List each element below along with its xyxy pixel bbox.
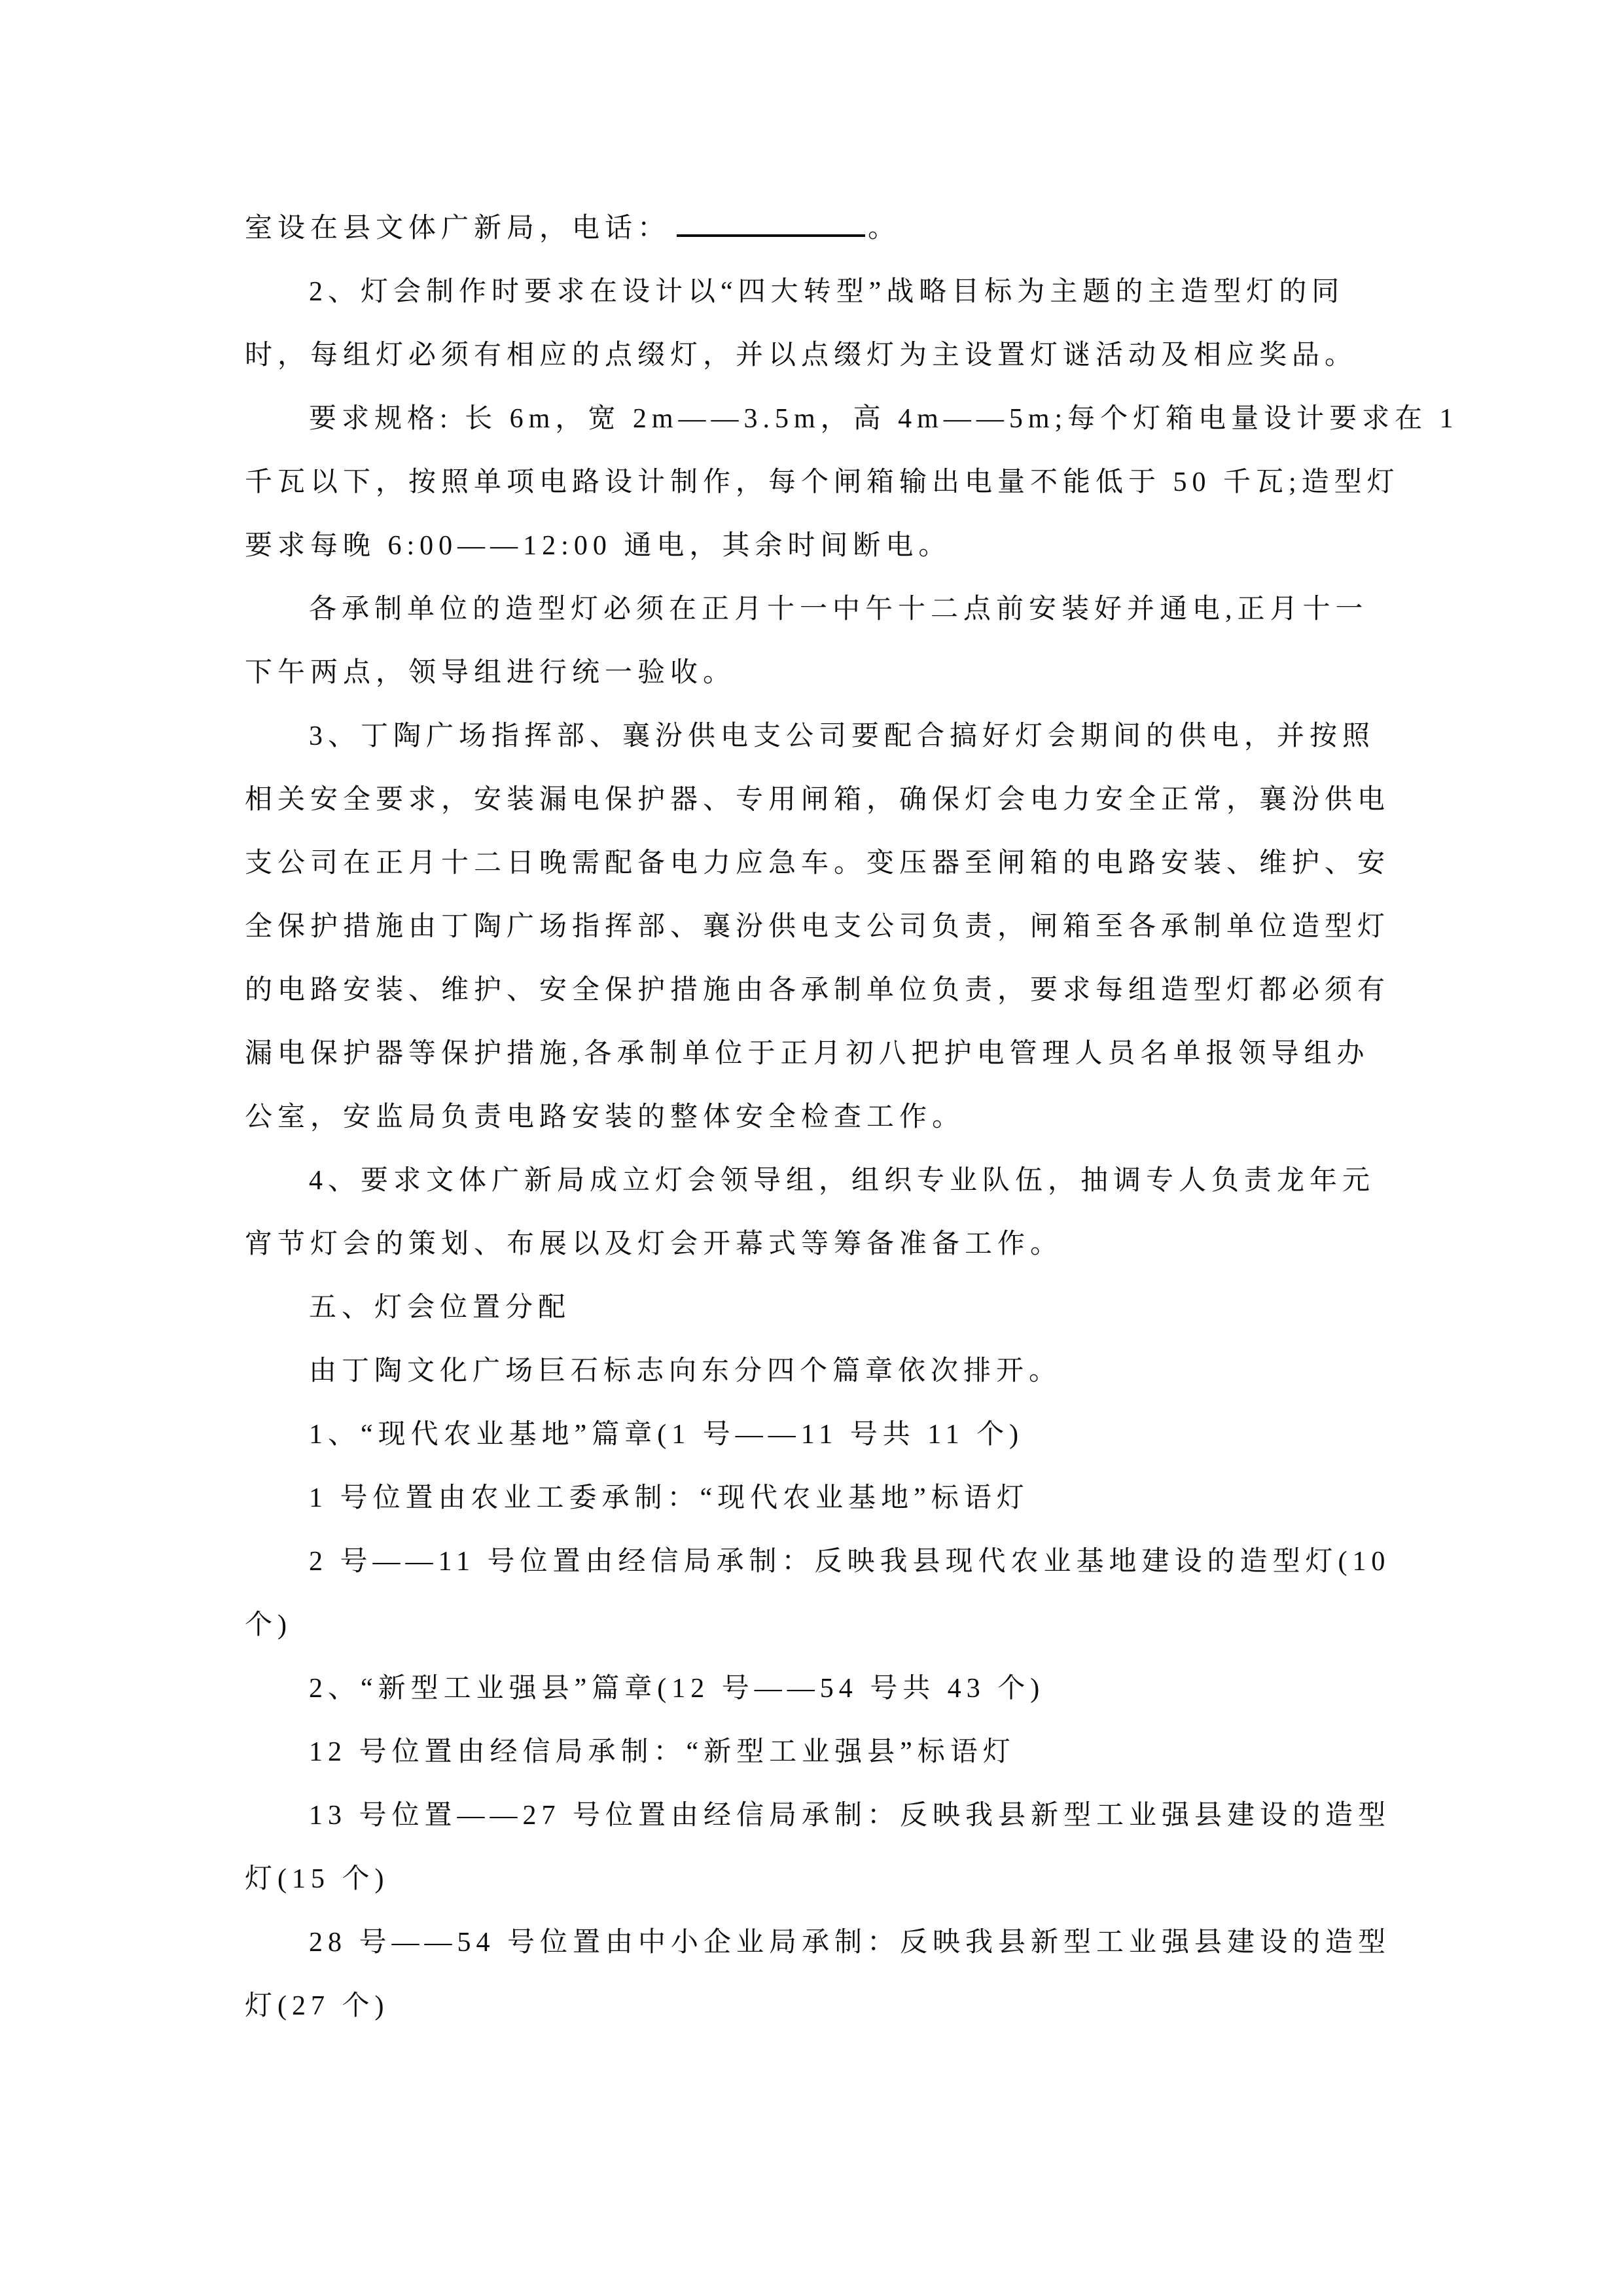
text-run: 五、灯会位置分配 bbox=[309, 1293, 571, 1323]
text-run: 灯(27 个) bbox=[245, 1991, 389, 2021]
text-line: 下午两点，领导组进行统一验收。 bbox=[245, 641, 1387, 705]
text-line: 要求每晚 6:00——12:00 通电，其余时间断电。 bbox=[245, 514, 1387, 578]
text-run: 13 号位置——27 号位置由经信局承制：反映我县新型工业强县建设的造型 bbox=[309, 1801, 1391, 1831]
text-line: 1、“现代农业基地”篇章(1 号——11 号共 11 个) bbox=[245, 1403, 1387, 1467]
text-line: 灯(15 个) bbox=[245, 1848, 1387, 1911]
text-line: 全保护措施由丁陶广场指挥部、襄汾供电支公司负责，闸箱至各承制单位造型灯 bbox=[245, 895, 1387, 959]
text-line: 的电路安装、维护、安全保护措施由各承制单位负责，要求每组造型灯都必须有 bbox=[245, 959, 1387, 1022]
text-line: 2、灯会制作时要求在设计以“四大转型”战略目标为主题的主造型灯的同 bbox=[245, 260, 1387, 324]
text-run: 12 号位置由经信局承制：“新型工业强县”标语灯 bbox=[309, 1737, 1016, 1767]
text-run: 公室，安监局负责电路安装的整体安全检查工作。 bbox=[245, 1102, 965, 1132]
phone-blank-field bbox=[677, 234, 865, 237]
text-run: 漏电保护器等保护措施,各承制单位于正月初八把护电管理人员名单报领导组办 bbox=[245, 1039, 1370, 1069]
text-line: 宵节灯会的策划、布展以及灯会开幕式等筹备准备工作。 bbox=[245, 1213, 1387, 1276]
text-line: 2、“新型工业强县”篇章(12 号——54 号共 43 个) bbox=[245, 1657, 1387, 1721]
text-run: 全保护措施由丁陶广场指挥部、襄汾供电支公司负责，闸箱至各承制单位造型灯 bbox=[245, 912, 1390, 942]
document-page: 室设在县文体广新局，电话：。2、灯会制作时要求在设计以“四大转型”战略目标为主题… bbox=[0, 0, 1623, 2296]
text-line: 28 号——54 号位置由中小企业局承制：反映我县新型工业强县建设的造型 bbox=[245, 1911, 1387, 1975]
document-body: 室设在县文体广新局，电话：。2、灯会制作时要求在设计以“四大转型”战略目标为主题… bbox=[0, 0, 1623, 2038]
text-run: 支公司在正月十二日晚需配备电力应急车。变压器至闸箱的电路安装、维护、安 bbox=[245, 848, 1390, 878]
text-line: 五、灯会位置分配 bbox=[245, 1276, 1387, 1340]
text-run: 要求每晚 6:00——12:00 通电，其余时间断电。 bbox=[245, 531, 951, 561]
text-run: 室设在县文体广新局，电话： bbox=[245, 213, 670, 243]
text-run: 千瓦以下，按照单项电路设计制作，每个闸箱输出电量不能低于 50 千瓦;造型灯 bbox=[245, 467, 1400, 497]
text-line: 公室，安监局负责电路安装的整体安全检查工作。 bbox=[245, 1086, 1387, 1149]
text-line: 1 号位置由农业工委承制：“现代农业基地”标语灯 bbox=[245, 1467, 1387, 1530]
text-line: 12 号位置由经信局承制：“新型工业强县”标语灯 bbox=[245, 1721, 1387, 1784]
text-run: 要求规格: 长 6m，宽 2m——3.5m，高 4m——5m;每个灯箱电量设计要… bbox=[309, 404, 1459, 434]
text-line: 13 号位置——27 号位置由经信局承制：反映我县新型工业强县建设的造型 bbox=[245, 1784, 1387, 1848]
text-run: 由丁陶文化广场巨石标志向东分四个篇章依次排开。 bbox=[309, 1356, 1061, 1386]
text-run: 下午两点，领导组进行统一验收。 bbox=[245, 658, 736, 688]
text-line: 灯(27 个) bbox=[245, 1975, 1387, 2038]
text-run: 1、“现代农业基地”篇章(1 号——11 号共 11 个) bbox=[309, 1420, 1024, 1450]
text-line: 要求规格: 长 6m，宽 2m——3.5m，高 4m——5m;每个灯箱电量设计要… bbox=[245, 387, 1387, 451]
text-run: 28 号——54 号位置由中小企业局承制：反映我县新型工业强县建设的造型 bbox=[309, 1928, 1391, 1958]
text-line: 4、要求文体广新局成立灯会领导组，组织专业队伍，抽调专人负责龙年元 bbox=[245, 1149, 1387, 1213]
text-line: 室设在县文体广新局，电话：。 bbox=[245, 197, 1387, 260]
text-run: 各承制单位的造型灯必须在正月十一中午十二点前安装好并通电,正月十一 bbox=[309, 594, 1368, 624]
text-run: 个) bbox=[245, 1610, 292, 1640]
text-line: 3、丁陶广场指挥部、襄汾供电支公司要配合搞好灯会期间的供电，并按照 bbox=[245, 705, 1387, 768]
text-run: 的电路安装、维护、安全保护措施由各承制单位负责，要求每组造型灯都必须有 bbox=[245, 975, 1390, 1005]
text-run: 。 bbox=[868, 213, 901, 243]
text-line: 千瓦以下，按照单项电路设计制作，每个闸箱输出电量不能低于 50 千瓦;造型灯 bbox=[245, 451, 1387, 514]
text-line: 各承制单位的造型灯必须在正月十一中午十二点前安装好并通电,正月十一 bbox=[245, 578, 1387, 641]
text-run: 4、要求文体广新局成立灯会领导组，组织专业队伍，抽调专人负责龙年元 bbox=[309, 1166, 1375, 1196]
text-line: 由丁陶文化广场巨石标志向东分四个篇章依次排开。 bbox=[245, 1340, 1387, 1403]
text-line: 相关安全要求，安装漏电保护器、专用闸箱，确保灯会电力安全正常，襄汾供电 bbox=[245, 768, 1387, 832]
text-line: 支公司在正月十二日晚需配备电力应急车。变压器至闸箱的电路安装、维护、安 bbox=[245, 832, 1387, 895]
text-line: 漏电保护器等保护措施,各承制单位于正月初八把护电管理人员名单报领导组办 bbox=[245, 1022, 1387, 1086]
text-line: 时，每组灯必须有相应的点缀灯，并以点缀灯为主设置灯谜活动及相应奖品。 bbox=[245, 324, 1387, 387]
text-run: 时，每组灯必须有相应的点缀灯，并以点缀灯为主设置灯谜活动及相应奖品。 bbox=[245, 340, 1357, 370]
text-line: 个) bbox=[245, 1594, 1387, 1657]
text-run: 2、“新型工业强县”篇章(12 号——54 号共 43 个) bbox=[309, 1674, 1044, 1704]
text-run: 宵节灯会的策划、布展以及灯会开幕式等筹备准备工作。 bbox=[245, 1229, 1063, 1259]
text-run: 1 号位置由农业工委承制：“现代农业基地”标语灯 bbox=[309, 1483, 1029, 1513]
text-run: 2、灯会制作时要求在设计以“四大转型”战略目标为主题的主造型灯的同 bbox=[309, 277, 1344, 307]
text-run: 灯(15 个) bbox=[245, 1864, 389, 1894]
text-run: 2 号——11 号位置由经信局承制：反映我县现代农业基地建设的造型灯(10 bbox=[309, 1547, 1390, 1577]
text-run: 3、丁陶广场指挥部、襄汾供电支公司要配合搞好灯会期间的供电，并按照 bbox=[309, 721, 1375, 751]
text-line: 2 号——11 号位置由经信局承制：反映我县现代农业基地建设的造型灯(10 bbox=[245, 1530, 1387, 1594]
text-run: 相关安全要求，安装漏电保护器、专用闸箱，确保灯会电力安全正常，襄汾供电 bbox=[245, 785, 1390, 815]
